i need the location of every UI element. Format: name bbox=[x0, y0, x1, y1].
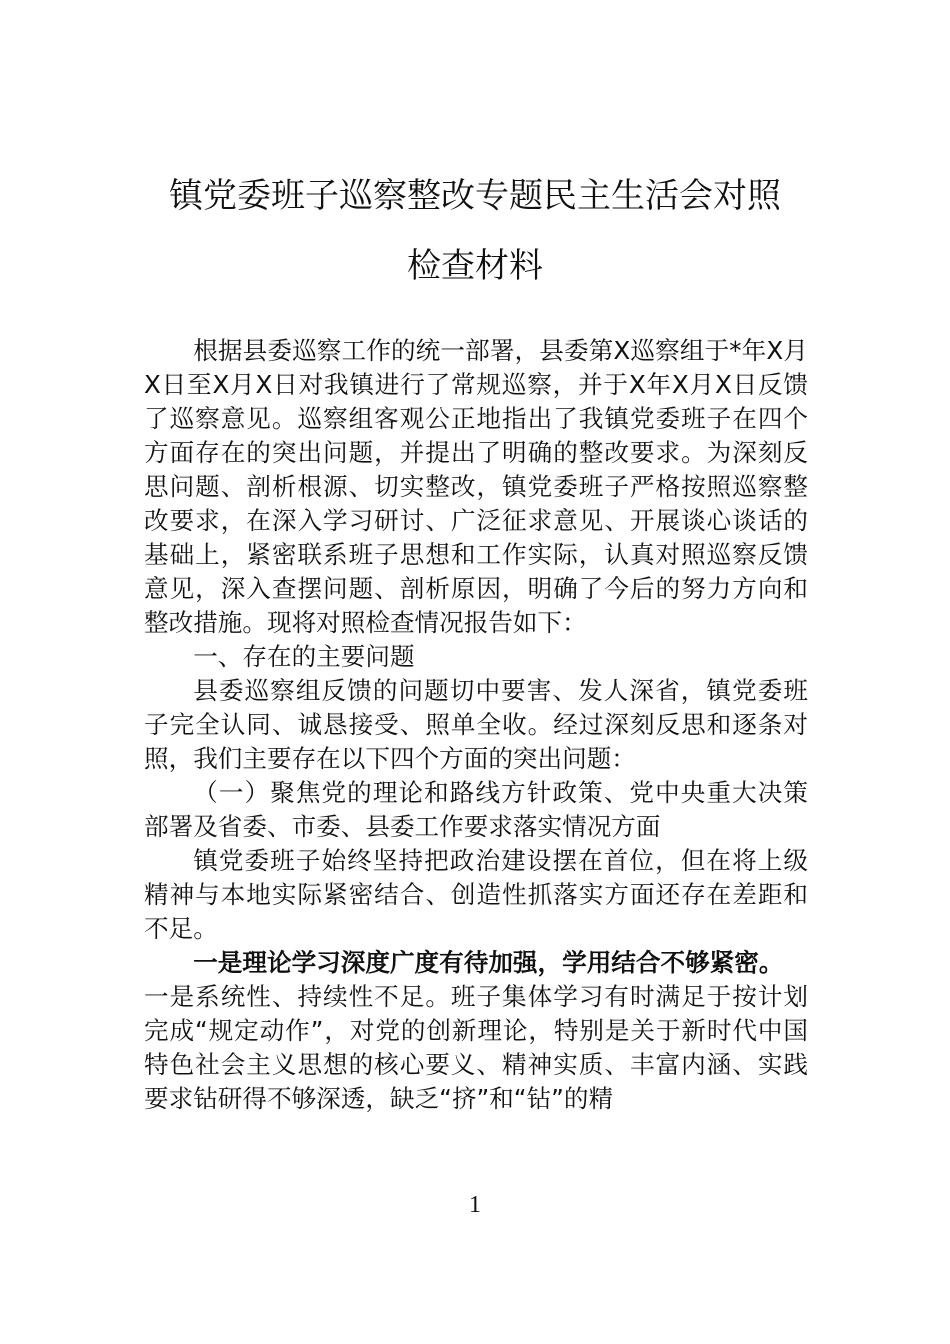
problems-overview-paragraph: 县委巡察组反馈的问题切中要害、发人深省，镇党委班子完全认同、诚恳接受、照单全收。… bbox=[144, 674, 808, 776]
document-title-line-1: 镇党委班子巡察整改专题民主生活会对照 bbox=[0, 176, 950, 216]
section-heading-main-problems: 一、存在的主要问题 bbox=[144, 640, 808, 674]
document-page: 镇党委班子巡察整改专题民主生活会对照 检查材料 根据县委巡察工作的统一部署，县委… bbox=[0, 0, 950, 1344]
page-number: 1 bbox=[0, 1190, 950, 1220]
subsection-1-intro-paragraph: 镇党委班子始终坚持把政治建设摆在首位，但在将上级精神与本地实际紧密结合、创造性抓… bbox=[144, 844, 808, 946]
point-one-text: 一是系统性、持续性不足。班子集体学习有时满足于按计划完成“规定动作”，对党的创新… bbox=[144, 982, 808, 1113]
document-title-line-2: 检查材料 bbox=[0, 246, 950, 286]
point-one-paragraph: 一是理论学习深度广度有待加强，学用结合不够紧密。一是系统性、持续性不足。班子集体… bbox=[144, 946, 808, 1116]
document-body: 根据县委巡察工作的统一部署，县委第X巡察组于*年X月X日至X月X日对我镇进行了常… bbox=[144, 334, 808, 1116]
point-one-heading: 一是理论学习深度广度有待加强，学用结合不够紧密。 bbox=[144, 946, 808, 980]
subsection-heading-1: （一）聚焦党的理论和路线方针政策、党中央重大决策部署及省委、市委、县委工作要求落… bbox=[144, 776, 808, 844]
intro-paragraph: 根据县委巡察工作的统一部署，县委第X巡察组于*年X月X日至X月X日对我镇进行了常… bbox=[144, 334, 808, 640]
